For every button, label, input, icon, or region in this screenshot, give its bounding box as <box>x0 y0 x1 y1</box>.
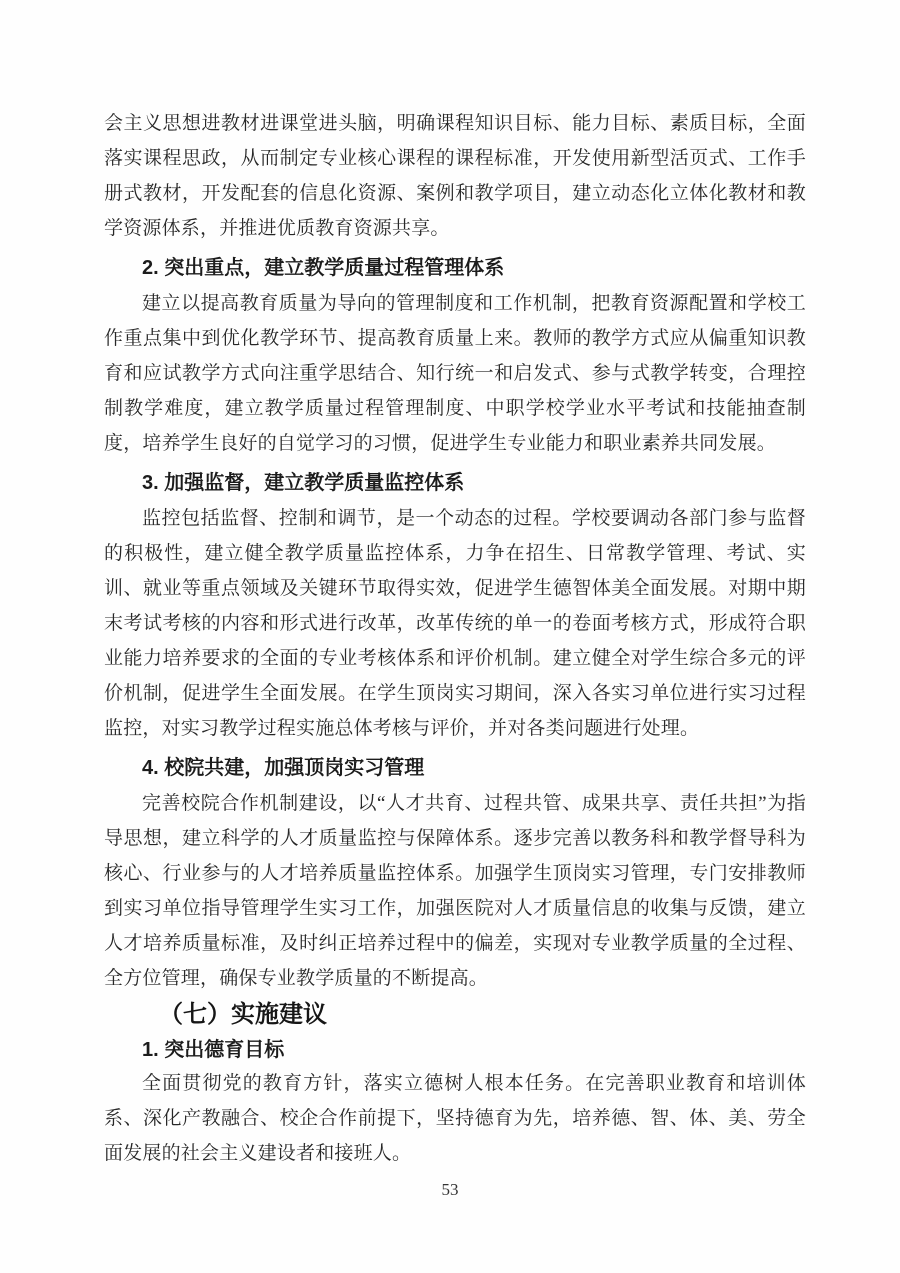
paragraph-internship-management: 完善校院合作机制建设，以“人才共育、过程共管、成果共享、责任共担”为指导思想，建… <box>104 786 806 996</box>
paragraph-quality-process-management: 建立以提高教育质量为导向的管理制度和工作机制，把教育资源配置和学校工作重点集中到… <box>104 286 806 461</box>
heading-4-internship-management: 4. 校院共建，加强顶岗实习管理 <box>142 754 806 782</box>
document-content: 会主义思想进教材进课堂进头脑，明确课程知识目标、能力目标、素质目标，全面落实课程… <box>0 0 900 1171</box>
heading-1-moral-education-goal: 1. 突出德育目标 <box>142 1036 806 1064</box>
paragraph-quality-monitoring: 监控包括监督、控制和调节，是一个动态的过程。学校要调动各部门参与监督的积极性，建… <box>104 501 806 746</box>
section-heading-implementation-suggestions: （七）实施建议 <box>159 998 806 1032</box>
paragraph-moral-education-goal: 全面贯彻党的教育方针，落实立德树人根本任务。在完善职业教育和培训体系、深化产教融… <box>104 1066 806 1171</box>
heading-2-quality-process-management: 2. 突出重点，建立教学质量过程管理体系 <box>142 254 806 282</box>
page-number: 53 <box>0 1180 900 1200</box>
paragraph-continuation: 会主义思想进教材进课堂进头脑，明确课程知识目标、能力目标、素质目标，全面落实课程… <box>104 106 806 246</box>
heading-3-quality-monitoring: 3. 加强监督，建立教学质量监控体系 <box>142 469 806 497</box>
document-page: 会主义思想进教材进课堂进头脑，明确课程知识目标、能力目标、素质目标，全面落实课程… <box>0 0 900 1273</box>
